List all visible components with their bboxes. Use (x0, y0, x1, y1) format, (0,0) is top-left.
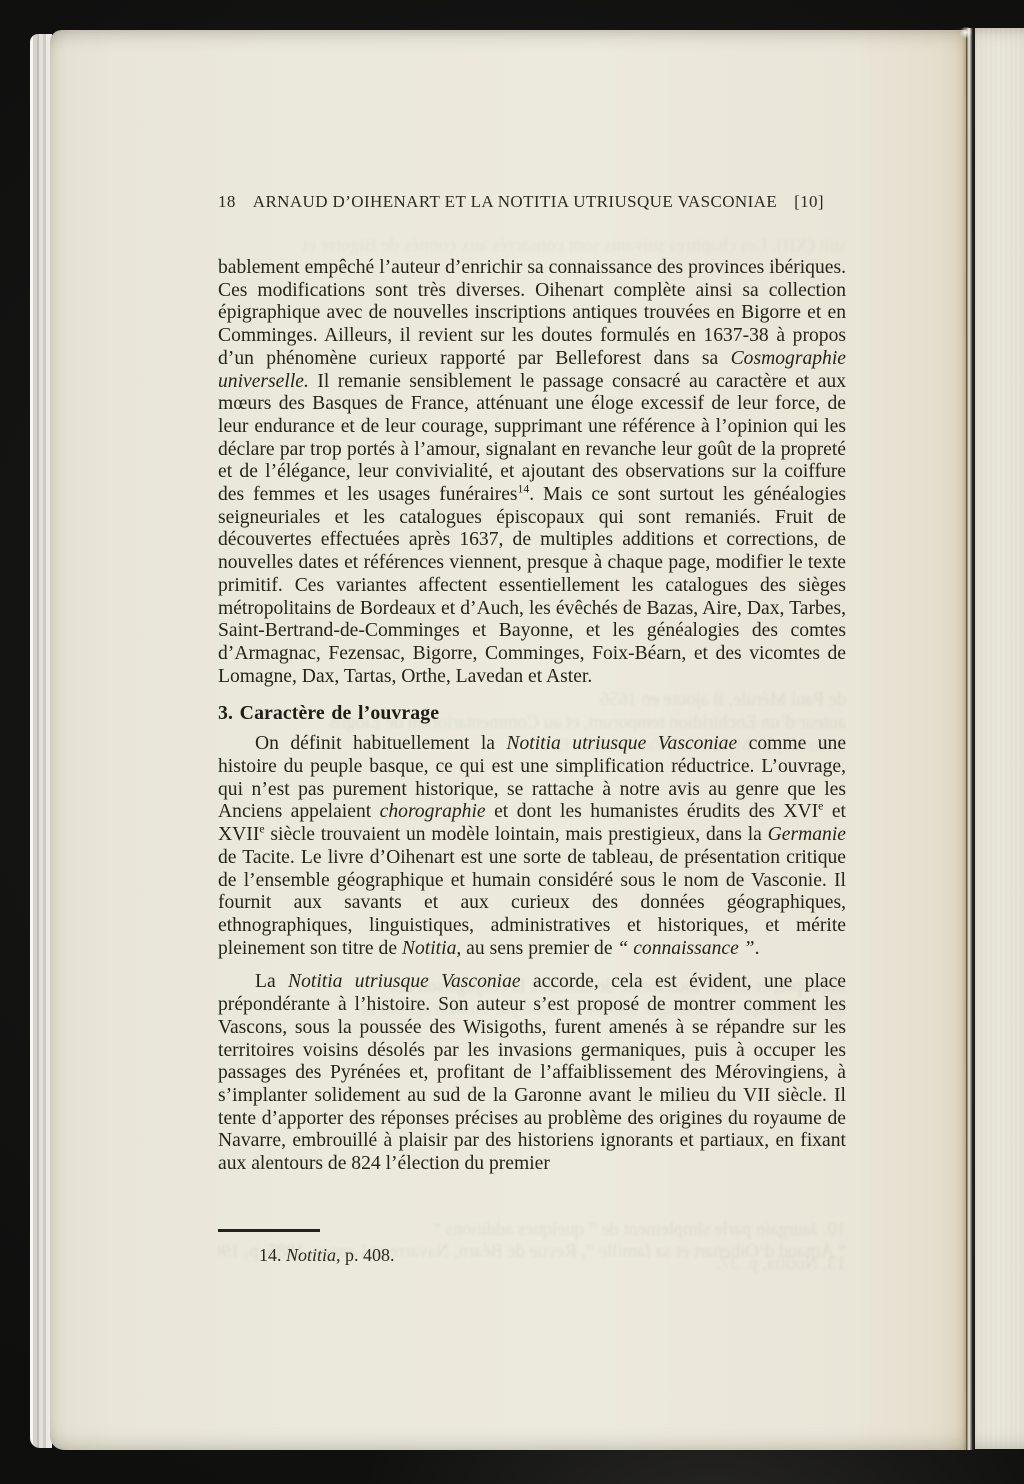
text-run: , p. 408. (336, 1245, 395, 1265)
paragraph: bablement empêché l’auteur d’enrichir sa… (218, 257, 846, 688)
italic-text: “ connaissance ” (617, 938, 754, 959)
text-run: 14. (259, 1245, 286, 1265)
gutter-top-highlight (960, 27, 972, 39)
paragraph: On définit habituellement la Notitia utr… (218, 733, 846, 960)
text-run: La (255, 971, 288, 992)
text-run: , au sens premier de (456, 938, 617, 959)
page-stack-edges (30, 34, 52, 1448)
book-gutter (955, 28, 977, 1450)
text-run: . Mais ce sont surtout les généalogies s… (218, 484, 846, 687)
text-run: accorde, cela est évident, une place pré… (218, 971, 846, 1174)
running-title: ARNAUD D’OIHENART ET LA NOTITIA UTRIUSQU… (236, 192, 794, 212)
footnote: 14. Notitia, p. 408. (218, 1245, 846, 1266)
italic-text: Notitia utriusque Vasconiae (288, 971, 521, 992)
paragraph: La Notitia utriusque Vasconiae accorde, … (218, 971, 846, 1175)
folio-marker: [10] (794, 192, 824, 212)
footnote-rule (218, 1229, 320, 1232)
page-text-block: 18 ARNAUD D’OIHENART ET LA NOTITIA UTRIU… (218, 192, 846, 1176)
text-run: siècle trouvaient un modèle lointain, ma… (265, 824, 768, 845)
footnote-area: 14. Notitia, p. 408. (218, 1229, 846, 1266)
superscript: 14 (518, 483, 530, 496)
italic-text: Germanie (768, 824, 846, 845)
italic-text: Notitia (402, 938, 456, 959)
book-photo-scene: suit (XII). Les chapitres suivants sont … (0, 0, 1024, 1484)
text-run: . (755, 938, 760, 959)
running-header: 18 ARNAUD D’OIHENART ET LA NOTITIA UTRIU… (218, 192, 846, 212)
italic-text: chorographie (380, 801, 486, 822)
body-text: bablement empêché l’auteur d’enrichir sa… (218, 257, 846, 1176)
facing-page-edge (975, 28, 1024, 1449)
section-heading: 3. Caractère de l’ouvrage (218, 702, 846, 725)
page-number: 18 (218, 192, 236, 212)
italic-text: Notitia utriusque Vasconiae (506, 733, 737, 754)
text-run: On définit habituellement la (255, 733, 506, 754)
italic-text: Notitia (286, 1245, 336, 1265)
text-run: et dont les humanistes érudits des XVI (486, 801, 819, 822)
